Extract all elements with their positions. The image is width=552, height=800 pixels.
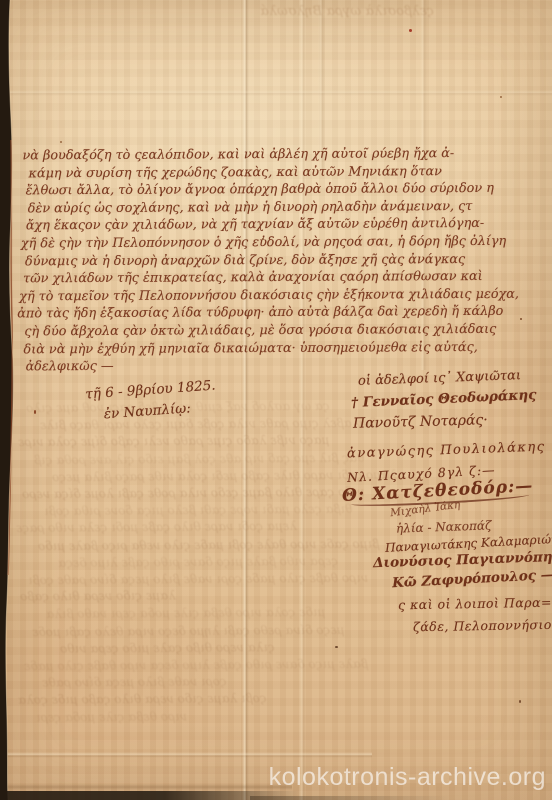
bleedthrough-line: λαμε ςιδο νερα θιλο ςαβο xyxy=(20,589,176,604)
bleedthrough-line: μιδε ςολα νιρο θεβα ςιλε μοδα ςερι ναθο … xyxy=(46,605,325,621)
bleedthrough-line: βιμο ςαδε νιρο θαλε ςοβι μαδε ςιλο νεθα … xyxy=(38,536,379,552)
signature: † Γενναῖος Θεοδωράκης xyxy=(351,387,537,411)
letter-body: νὰ βουδαξόζη τὸ ςεαλόπιδον, καὶ ναὶ ἀβλέ… xyxy=(22,145,542,376)
bleedthrough-line: μεςο δίνα ρεθο ςαβι λημο δεςο νιρα θελο … xyxy=(32,623,345,639)
ink-speck xyxy=(519,700,521,703)
document-photo: ςελβοσιλὰ ωγρα Βηλσωλά ςα ωγ ασλοδ ναξ ε… xyxy=(0,0,552,800)
signature: ἀναγνώςης Πουλιολάκης xyxy=(347,440,546,462)
watermark: kolokotronis-archive.org xyxy=(269,763,546,792)
vertical-fold-crease xyxy=(318,0,325,170)
bleedthrough-line: θας βιλ εμο ςαδ νιρ αθε ςολ βαμ ειδο ςιλ… xyxy=(34,450,364,466)
ink-speck xyxy=(335,646,338,648)
bleedthrough-line: λαμο ςεδι ναρο θιλε ςαβο μεδι ςολα νιθε … xyxy=(52,468,397,484)
bleedthrough-docket-line: ςελβοσιλὰ ωγρα Βηλσωλά xyxy=(178,4,434,19)
paper-bottom-shadow xyxy=(250,796,450,800)
signature: ς καὶ οἱ λοιποὶ Παρα= xyxy=(398,595,552,613)
horizontal-fold-crease xyxy=(0,90,552,96)
signature: ζάδε, Πελοποννήσιοι· xyxy=(413,617,552,635)
handwritten-line: χῆ δὲ ςὴν τὴν Πελοπόννησον ὁ χῆς εὐδολί,… xyxy=(21,233,542,253)
bleedthrough-line: λεμα ςοδι ναρε θιλο ςαβε μοδι ςελα νιθο … xyxy=(16,519,297,535)
bleedthrough-line: νιδο ςαρε θιλο βαμε ςεδο νιλα ροθε ςαβι … xyxy=(22,485,365,501)
torn-paper-edge xyxy=(0,0,18,800)
bleedthrough-line: νιρο θαβε ςιλο μαδε ςορι ναθε βιλο μεςα … xyxy=(28,571,368,587)
signature: Κῶ Ζαφυρόπουλος — xyxy=(392,567,552,591)
handwritten-line: διὰ νὰ μὴν ἐχθύη χῆ μηνιαῖα δικαιώματα· … xyxy=(23,338,542,358)
ink-speck xyxy=(409,29,412,32)
bleedthrough-line: ςορι ναθε βιλο μεςα δίνο ραθε xyxy=(42,675,227,690)
bleedthrough-line: νιρο θεβα ςιλε μοδα ςερι xyxy=(36,709,187,724)
ink-speck xyxy=(60,141,62,143)
horizontal-fold-crease xyxy=(0,752,372,758)
paper-bottom-shadow xyxy=(0,791,300,800)
horizontal-fold-crease xyxy=(0,784,292,790)
bleedthrough-line: ςιλα νερο θιβο ςαλε μιδο ςερα νιθο xyxy=(60,640,275,655)
ink-speck xyxy=(500,96,502,98)
manuscript-page: ςελβοσιλὰ ωγρα Βηλσωλά ςα ωγ ασλοδ ναξ ε… xyxy=(0,0,552,800)
handwritten-line: ςὴ δύο ἄβχολα ςὰν ὀκτὼ χιλιάδαις, μὲ ὅσα… xyxy=(24,321,542,341)
bleedthrough-line: θιβα ςελο μαδι νορε ςαθι βελο μιςα δονε … xyxy=(44,502,352,518)
signature: Πανοῦτζ Νοταράς· xyxy=(353,412,488,432)
bleedthrough-line: μαςο νιβε λαδο ςιμε ραθο νελι ςαβο δίμε … xyxy=(18,433,329,449)
signature: ἡλία - Νακοπάζ xyxy=(396,518,492,535)
bleedthrough-line: ςερα νιθο βαλε μιςο δανε ριθο ςαβε λιμο … xyxy=(58,554,338,570)
bleedthrough-line: βαλε μιςο δανε ριθο ςαβε λιμο δεςα νιρο … xyxy=(24,657,368,673)
bleedthrough-line: ςοβι λαμε ςιδο νερα θιλο ςαβο μιδε ςολα xyxy=(18,692,267,708)
